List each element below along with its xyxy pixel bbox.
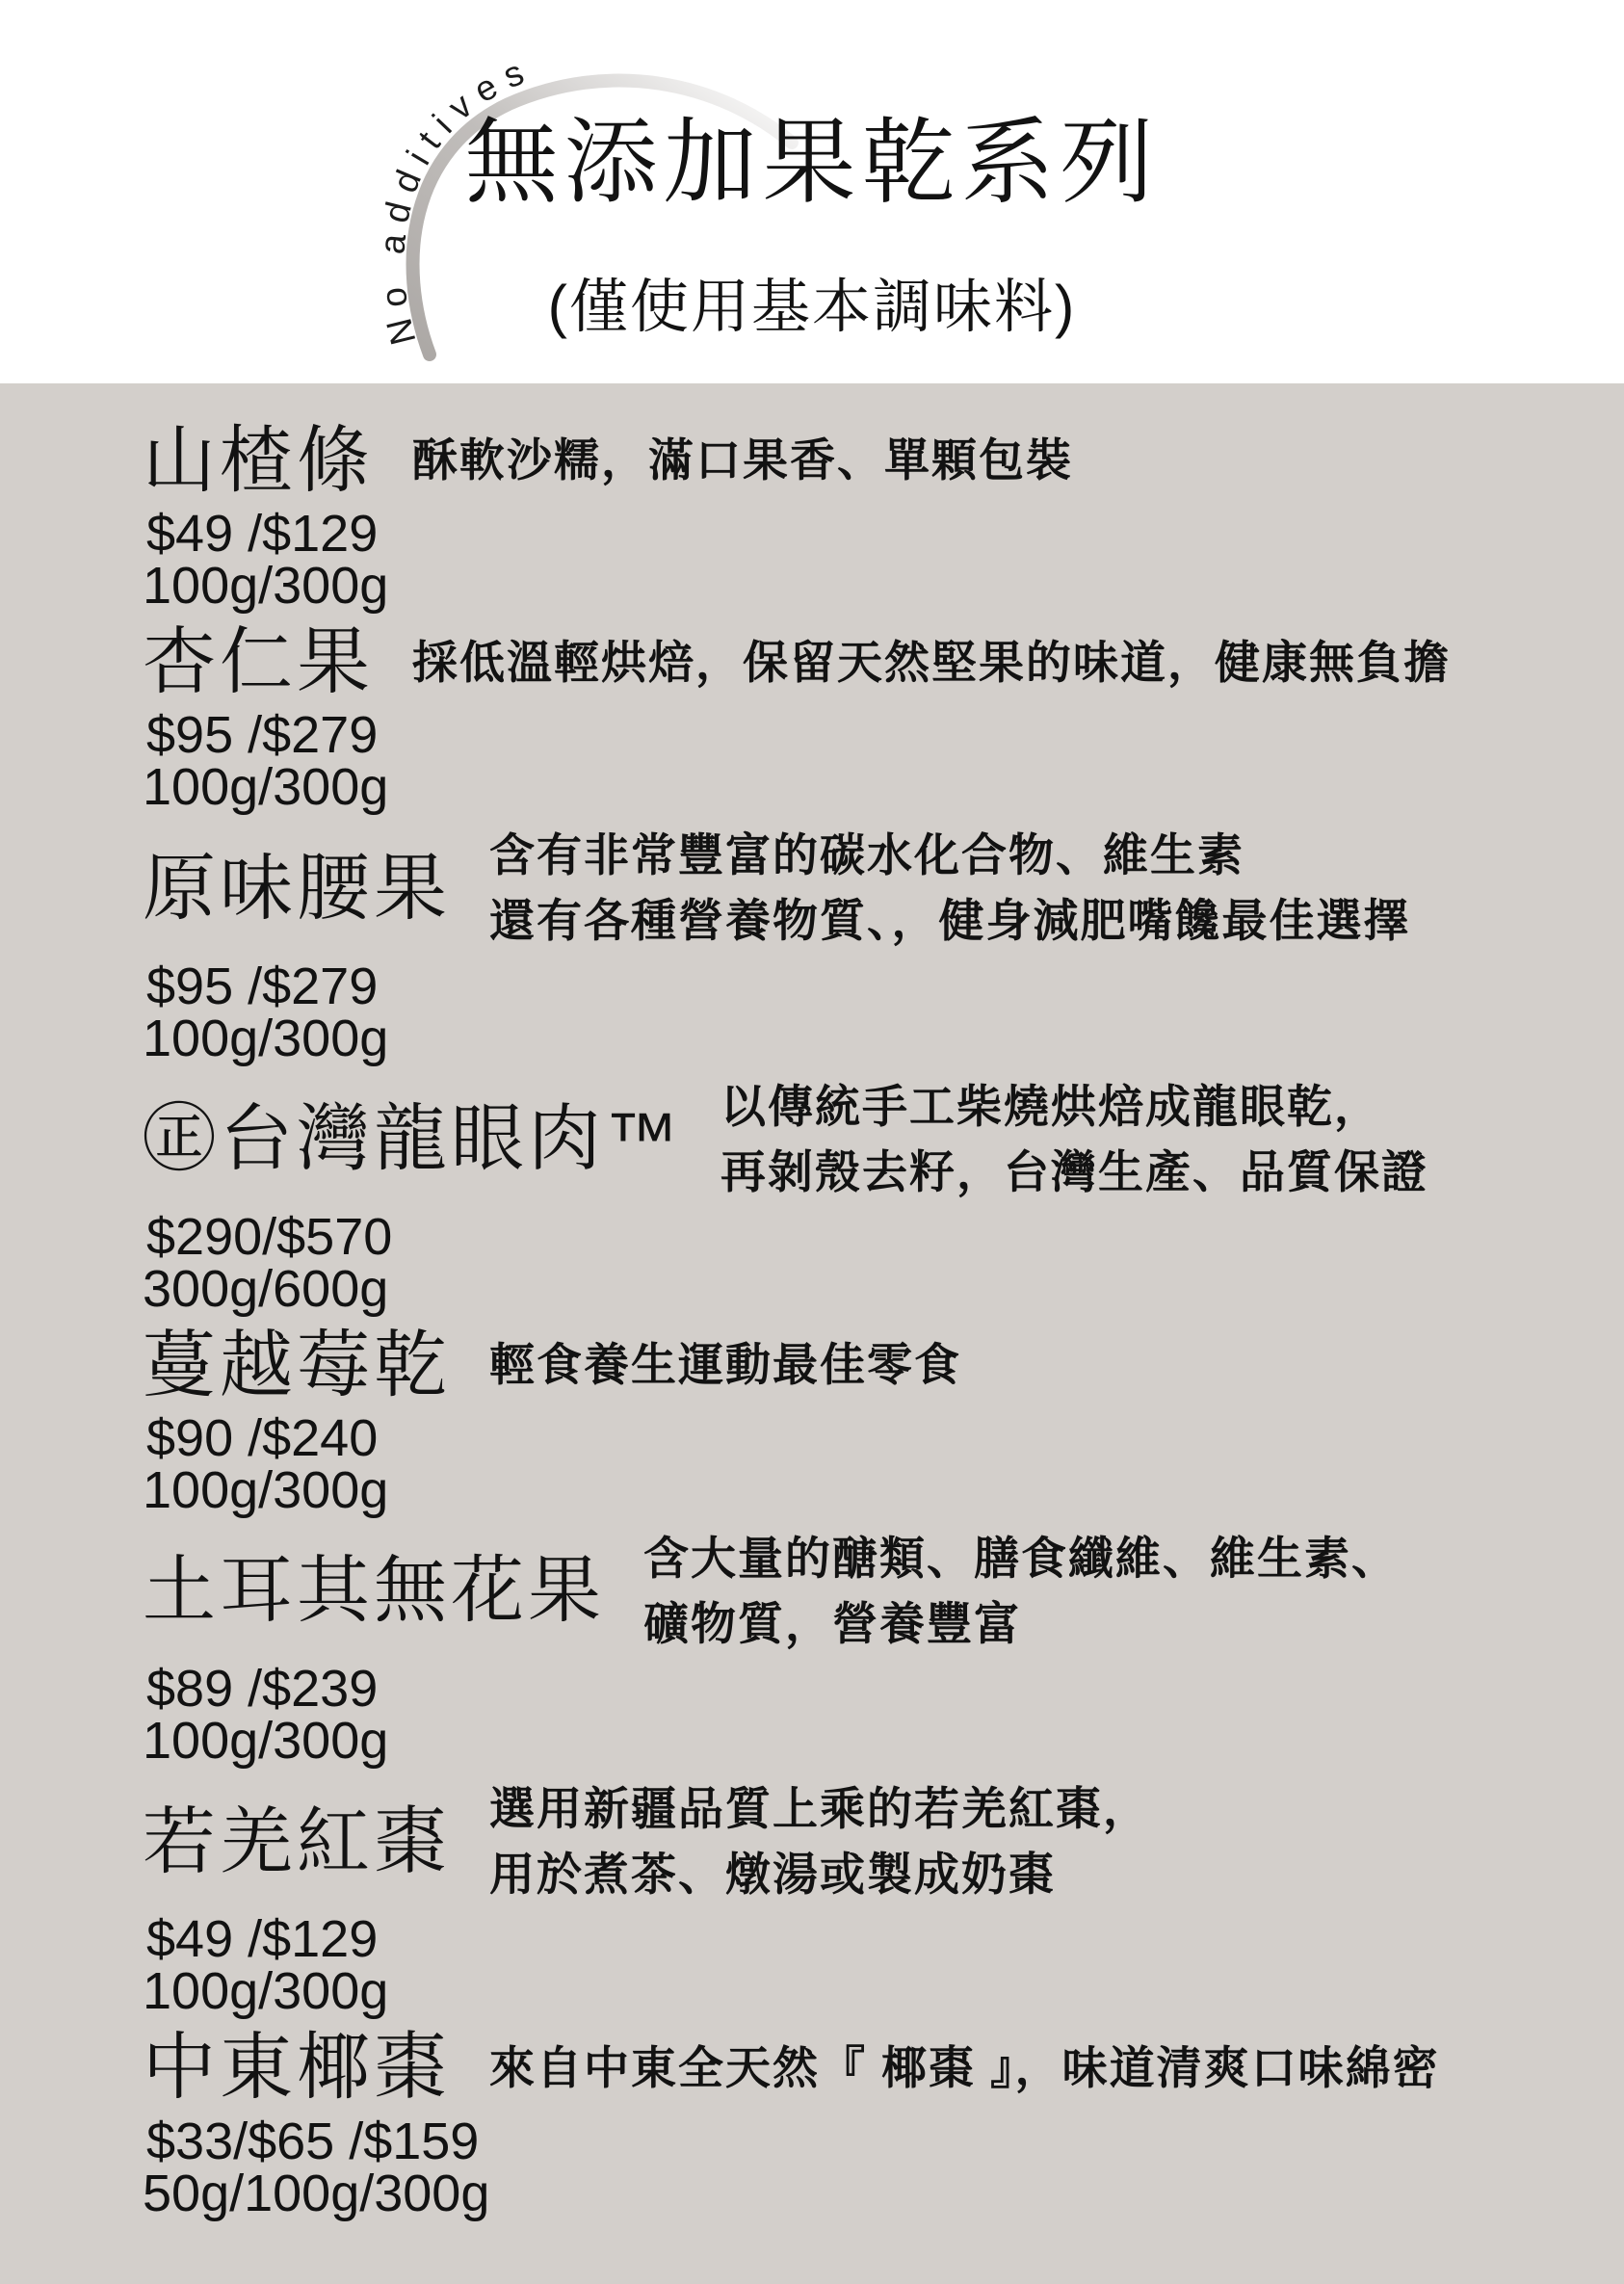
product-weight: 100g/300g bbox=[143, 1464, 1595, 1516]
product-description: 輕食養生運動最佳零食 bbox=[489, 1332, 961, 1398]
product-description: 含大量的醣類、膳食纖維、維生素、 礦物質，營養豐富 bbox=[643, 1526, 1399, 1657]
product-header: 蔓越莓乾 輕食養生運動最佳零食 bbox=[143, 1325, 1595, 1406]
product-price: $290/$570 bbox=[143, 1211, 1595, 1263]
product-item: 蔓越莓乾 輕食養生運動最佳零食 $90 /$240 100g/300g bbox=[143, 1325, 1595, 1516]
page-subtitle: (僅使用基本調味料) bbox=[0, 260, 1624, 344]
product-name: ㊣台灣龍眼肉™ bbox=[143, 1098, 682, 1180]
product-description: 選用新疆品質上乘的若羌紅棗， 用於煮茶、燉湯或製成奶棗 bbox=[489, 1776, 1150, 1907]
product-weight: 100g/300g bbox=[143, 1012, 1595, 1064]
product-name: 杏仁果 bbox=[143, 621, 374, 703]
product-price: $95 /$279 bbox=[143, 960, 1595, 1012]
product-price: $49 /$129 bbox=[143, 508, 1595, 560]
product-header: ㊣台灣龍眼肉™ 以傳統手工柴燒烘焙成龍眼乾， 再剝殼去籽，台灣生產、品質保證 bbox=[143, 1074, 1595, 1205]
product-description: 以傳統手工柴燒烘焙成龍眼乾， 再剝殼去籽，台灣生產、品質保證 bbox=[720, 1074, 1428, 1205]
product-price: $49 /$129 bbox=[143, 1913, 1595, 1965]
product-description: 來自中東全天然『 椰棗 』，味道清爽口味綿密 bbox=[489, 2035, 1440, 2101]
product-description: 酥軟沙糯，滿口果香、單顆包裝 bbox=[412, 428, 1073, 493]
product-weight: 100g/300g bbox=[143, 761, 1595, 813]
product-price: $90 /$240 bbox=[143, 1412, 1595, 1464]
product-weight: 50g/100g/300g bbox=[143, 2167, 1595, 2219]
page-title: 無添加果乾系列 bbox=[0, 87, 1624, 222]
product-item: 杏仁果 採低溫輕烘焙，保留天然堅果的味道，健康無負擔 $95 /$279 100… bbox=[143, 621, 1595, 813]
product-name: 原味腰果 bbox=[143, 848, 451, 930]
product-item: 中東椰棗 來自中東全天然『 椰棗 』，味道清爽口味綿密 $33/$65 /$15… bbox=[143, 2027, 1595, 2218]
product-price: $89 /$239 bbox=[143, 1663, 1595, 1715]
product-name: 蔓越莓乾 bbox=[143, 1325, 451, 1406]
product-header: 若羌紅棗 選用新疆品質上乘的若羌紅棗， 用於煮茶、燉湯或製成奶棗 bbox=[143, 1776, 1595, 1907]
product-weight: 300g/600g bbox=[143, 1263, 1595, 1315]
product-description: 含有非常豐富的碳水化合物、維生素 還有各種營養物質、，健身減肥嘴饞最佳選擇 bbox=[489, 823, 1411, 954]
product-header: 土耳其無花果 含大量的醣類、膳食纖維、維生素、 礦物質，營養豐富 bbox=[143, 1526, 1595, 1657]
product-name: 中東椰棗 bbox=[143, 2027, 451, 2109]
product-name: 土耳其無花果 bbox=[143, 1550, 605, 1632]
product-name: 山楂條 bbox=[143, 420, 374, 502]
product-price: $95 /$279 bbox=[143, 709, 1595, 761]
product-weight: 100g/300g bbox=[143, 1715, 1595, 1767]
product-item: 原味腰果 含有非常豐富的碳水化合物、維生素 還有各種營養物質、，健身減肥嘴饞最佳… bbox=[143, 823, 1595, 1063]
product-price: $33/$65 /$159 bbox=[143, 2115, 1595, 2167]
product-item: ㊣台灣龍眼肉™ 以傳統手工柴燒烘焙成龍眼乾， 再剝殼去籽，台灣生產、品質保證 $… bbox=[143, 1074, 1595, 1315]
product-name: 若羌紅棗 bbox=[143, 1801, 451, 1883]
product-header: 原味腰果 含有非常豐富的碳水化合物、維生素 還有各種營養物質、，健身減肥嘴饞最佳… bbox=[143, 823, 1595, 954]
product-header: 杏仁果 採低溫輕烘焙，保留天然堅果的味道，健康無負擔 bbox=[143, 621, 1595, 703]
product-list: 山楂條 酥軟沙糯，滿口果香、單顆包裝 $49 /$129 100g/300g 杏… bbox=[143, 420, 1595, 2219]
product-item: 若羌紅棗 選用新疆品質上乘的若羌紅棗， 用於煮茶、燉湯或製成奶棗 $49 /$1… bbox=[143, 1776, 1595, 2017]
product-weight: 100g/300g bbox=[143, 560, 1595, 612]
product-item: 山楂條 酥軟沙糯，滿口果香、單顆包裝 $49 /$129 100g/300g bbox=[143, 420, 1595, 612]
product-item: 土耳其無花果 含大量的醣類、膳食纖維、維生素、 礦物質，營養豐富 $89 /$2… bbox=[143, 1526, 1595, 1767]
product-header: 山楂條 酥軟沙糯，滿口果香、單顆包裝 bbox=[143, 420, 1595, 502]
product-header: 中東椰棗 來自中東全天然『 椰棗 』，味道清爽口味綿密 bbox=[143, 2027, 1595, 2109]
product-panel: 山楂條 酥軟沙糯，滿口果香、單顆包裝 $49 /$129 100g/300g 杏… bbox=[0, 383, 1624, 2284]
product-weight: 100g/300g bbox=[143, 1965, 1595, 2017]
product-description: 採低溫輕烘焙，保留天然堅果的味道，健康無負擔 bbox=[412, 630, 1451, 696]
